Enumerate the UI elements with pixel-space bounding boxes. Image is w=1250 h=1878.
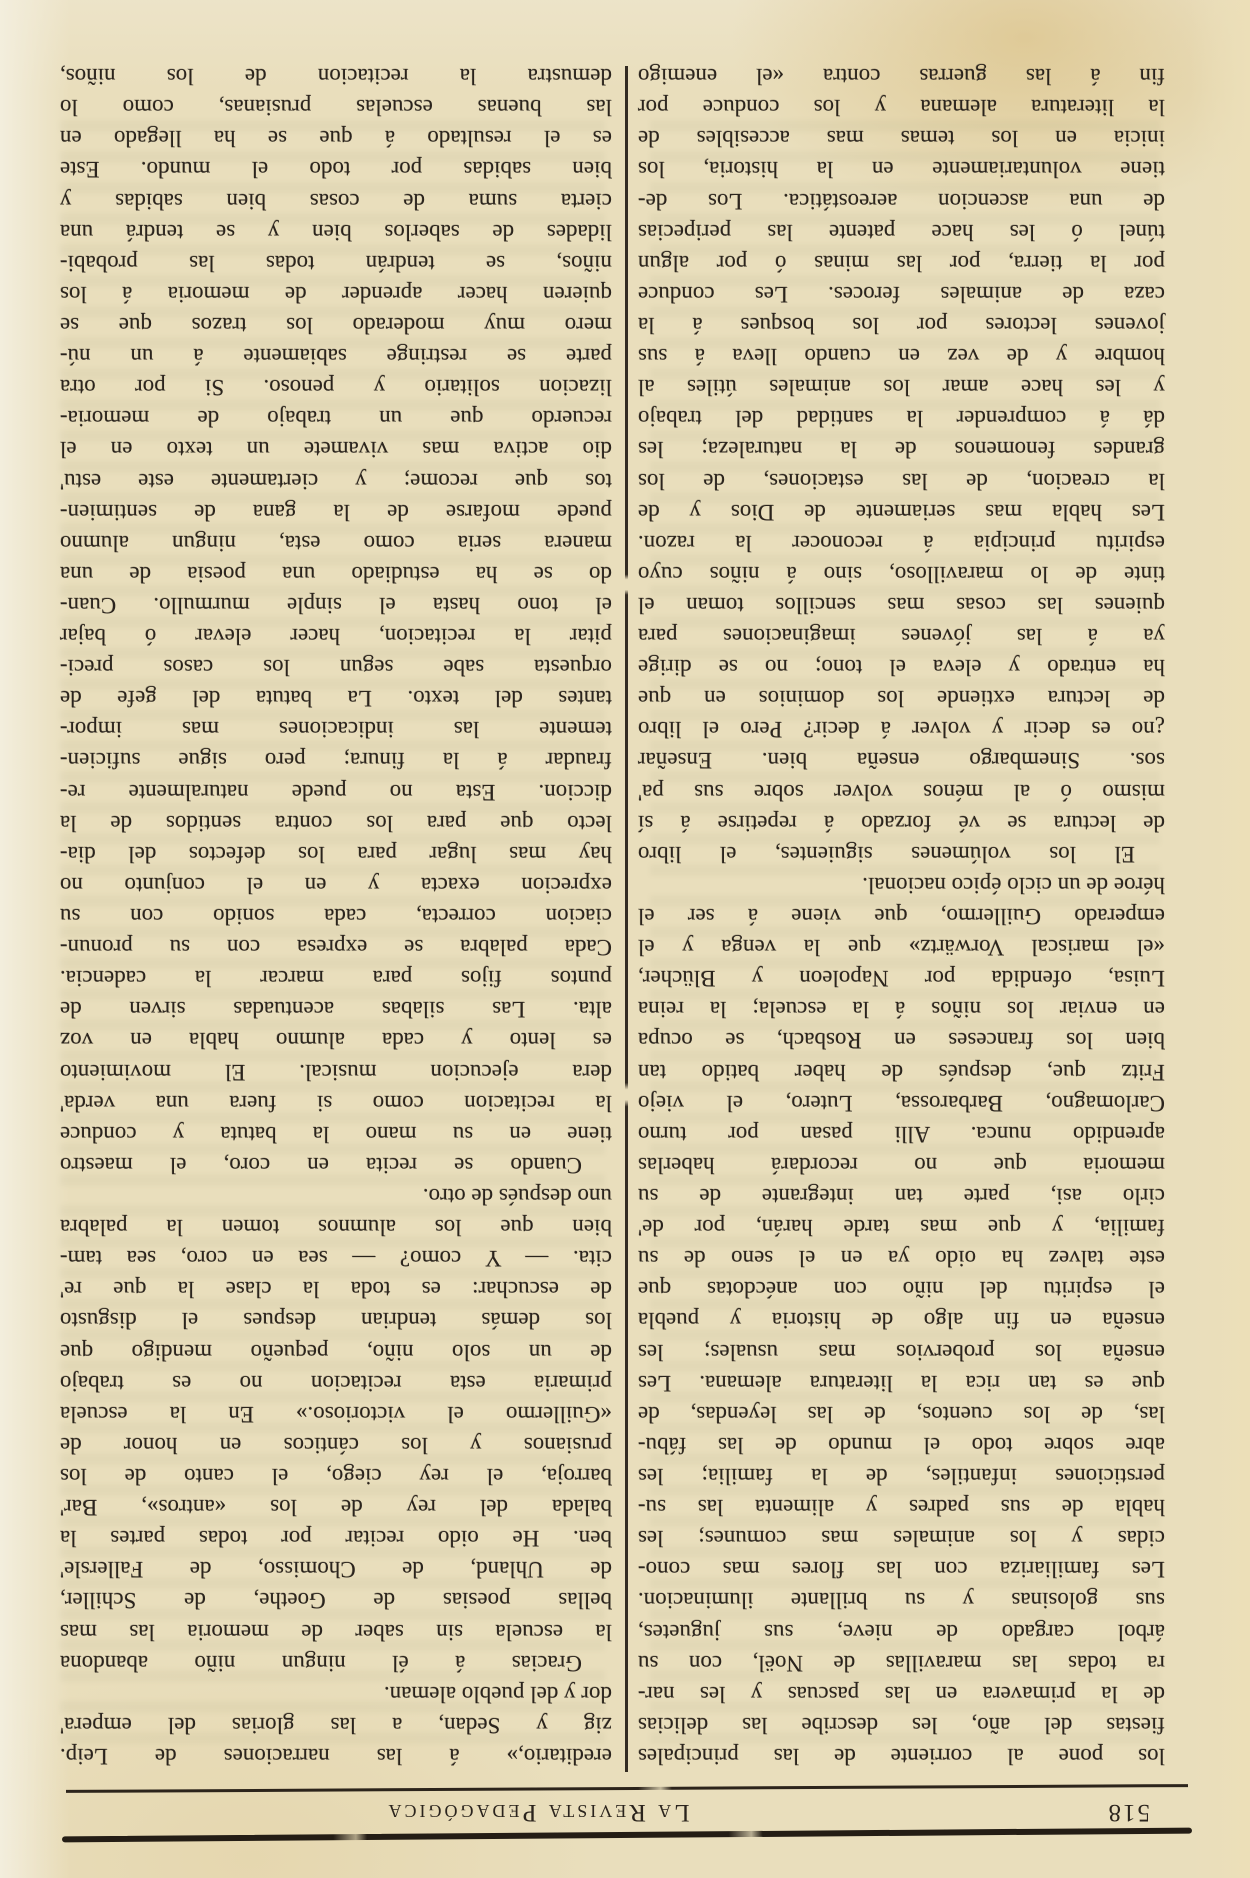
text-line: la recitacion como si fuera una verda' — [60, 1088, 612, 1119]
text-line: demustra la recitacion de los niños, — [60, 61, 612, 92]
text-line: túnel ó les hace patente las peripecias — [638, 217, 1165, 248]
text-line: la creacion, de las estaciones, de los — [638, 465, 1165, 496]
page-content-rotated: 518 La Revista Pedagógica los pone al co… — [0, 0, 1250, 1878]
text-line: hay mas lugar para los defectos del dia- — [60, 839, 612, 870]
text-line: primaria esta recitacion no es trabajo — [60, 1368, 612, 1399]
text-line: tiene voluntariamente en la historia, lo… — [638, 154, 1165, 185]
text-line: prusianos y los cánticos en honor de — [60, 1430, 612, 1461]
text-line: cidas y los animales mas comunes; les — [638, 1523, 1165, 1554]
text-line: cita. — Y como? — sea en coro, sea tam- — [60, 1243, 612, 1274]
text-line: ben. He oido recitar por todas partes la — [60, 1523, 612, 1554]
text-line: tiene en su mano la batuta y conduce — [60, 1119, 612, 1150]
text-line: fin á las guerras contra «el enemigo — [638, 61, 1165, 92]
text-line: jovenes lectores por los bosques á la — [638, 310, 1165, 341]
text-line: ciacion correcta, cada sonido con su — [60, 901, 612, 932]
text-line: que es tan rica la literatura alemana. L… — [638, 1368, 1165, 1399]
text-line: Fritz que, después de haber batido tan — [638, 1056, 1165, 1087]
text-line: balada del rey de los «antros», Bar' — [60, 1492, 612, 1523]
column-divider-rule — [626, 66, 629, 1772]
text-line: enseña los probervios mas usuales; les — [638, 1336, 1165, 1367]
text-line: do se ha estudiado una poesia de una — [60, 559, 612, 590]
text-line: fiestas del año, les describe las delici… — [638, 1710, 1165, 1741]
text-line: tantes del texto. La batuta del gefe de — [60, 683, 612, 714]
text-line: alta. Las silabas acentuadas sirven de — [60, 994, 612, 1025]
text-line: parte se restringe sabiamente á un nú- — [60, 341, 612, 372]
text-line: la literatura alemana y los conduce por — [638, 92, 1165, 123]
text-line: de la primavera en las pascuas y les nar… — [638, 1679, 1165, 1710]
text-line: de lectura extiende los dominios en que — [638, 683, 1165, 714]
text-line: ereditario,» á las narraciones de Leip. — [60, 1741, 612, 1772]
text-line: familia, y que mas tarde harán, por de' — [638, 1212, 1165, 1243]
text-line: diccion. Esta no puede naturalmente re- — [60, 777, 612, 808]
header-bottom-rule — [66, 1784, 1188, 1793]
text-line: héroe de un ciclo épico nacional. — [638, 870, 1165, 901]
text-line: bien que los alumnos tomen la palabra — [60, 1212, 612, 1243]
text-line: en enviar los niños á la escuela; la rei… — [638, 994, 1165, 1025]
text-line: recuerdo que un trabajo de memoria- — [60, 403, 612, 434]
page-header: 518 La Revista Pedagógica — [0, 1772, 1250, 1878]
text-line: sus golosinas y su brillante iluminacion… — [638, 1585, 1165, 1616]
text-line: puede mofarse de la gana de sentimien- — [60, 497, 612, 528]
text-line: la escuela sin saber de memoria las mas — [60, 1616, 612, 1647]
text-line: dor y del pueblo aleman. — [60, 1679, 612, 1710]
text-line: habla de sus padres y alimenta las su- — [638, 1492, 1165, 1523]
scanned-page: 518 La Revista Pedagógica los pone al co… — [0, 0, 1250, 1878]
text-line: «Guillermo el victorioso.» En la escuela — [60, 1399, 612, 1430]
text-line: las, de los cuentos, de las leyendas, de — [638, 1399, 1165, 1430]
text-line: los pone al corriente de las principales — [638, 1741, 1165, 1772]
text-line: mismo ó al ménos volver sobre sus pa' — [638, 777, 1165, 808]
text-line: bellas poesias de Goethe, de Schiller, — [60, 1585, 612, 1616]
header-top-rule — [62, 1828, 1192, 1843]
text-column-right: ereditario,» á las narraciones de Leip.z… — [60, 61, 612, 1772]
text-line: lidades de saberlos bien y se tendrá una — [60, 217, 612, 248]
text-line: Cada palabra se expresa con su pronun- — [60, 932, 612, 963]
text-line: las buenas escuelas prusianas, como lo — [60, 92, 612, 123]
text-line: de una ascencion aereostática. Los de- — [638, 185, 1165, 216]
text-line: temente las indicaciones mas impor- — [60, 714, 612, 745]
text-line: de escuchar: es toda la clase la que re' — [60, 1274, 612, 1305]
text-line: tos que recome; y ciertamente este estu' — [60, 465, 612, 496]
text-line: dera ejecucion musical. El movimiento — [60, 1056, 612, 1087]
page-number: 518 — [1107, 1798, 1151, 1826]
text-line: enseña en fin algo de historia y puebla — [638, 1305, 1165, 1336]
text-line: de un solo niño, pequeño mendigo que — [60, 1336, 612, 1367]
text-line: manera seria como esta, ningun alumno — [60, 528, 612, 559]
text-line: Les familiariza con las flores mas cono- — [638, 1554, 1165, 1585]
text-line: por la tierra, por las minas ó por algun — [638, 248, 1165, 279]
text-line: puntos fijos para marcar la cadencia. — [60, 963, 612, 994]
text-line: caza de animales feroces. Les conduce — [638, 279, 1165, 310]
text-line: dá á comprender la santidad del trabajo — [638, 403, 1165, 434]
text-line: cirlo asi, parte tan integrante de su — [638, 1181, 1165, 1212]
text-line: orquesta sabe segun los casos preci- — [60, 652, 612, 683]
text-line: el espiritu del niño con anécdotas que — [638, 1274, 1165, 1305]
text-line: lecto que para los contra sentidos de la — [60, 808, 612, 839]
text-line: Carlomagno, Barbarossa, Lutero, el viejo — [638, 1088, 1165, 1119]
text-line: «el mariscal Vorwärtz» que la venga y el — [638, 932, 1165, 963]
text-line: memoria que no recordará haberlas — [638, 1150, 1165, 1181]
text-line: ra todas las maravillas de Noël, con su — [638, 1648, 1165, 1679]
text-line: Luisa, ofendida por Napoleon y Blücher, — [638, 963, 1165, 994]
text-line: mero muy moderado los trazos que se — [60, 310, 612, 341]
text-line: este talvez ha oido ya en el seno de su — [638, 1243, 1165, 1274]
text-line: pitar la recitacion, hacer elevar ó baja… — [60, 621, 612, 652]
text-line: Gracias á él ningun niño abandona — [60, 1648, 612, 1679]
text-line: ha entrado y eleva el tono; no se dirige — [638, 652, 1165, 683]
text-line: Les habla mas seriamente de Dios y de — [638, 497, 1165, 528]
text-line: ¿no es decir y volver á decir? Pero el l… — [638, 714, 1165, 745]
text-line: barroja, el rey ciego, el canto de los — [60, 1461, 612, 1492]
text-line: el tono hasta el sinple murmullo. Cuan- — [60, 590, 612, 621]
text-line: dio activa mas vivamete un texto en el — [60, 434, 612, 465]
text-line: sos. Sinembargo enseña bien. Enseñar — [638, 745, 1165, 776]
text-line: quieren hacer aprender de memoria á los — [60, 279, 612, 310]
text-line: bien sabidas por todo el mundo. Este — [60, 154, 612, 185]
text-line: El los volúmenes siguientes, el libro — [638, 839, 1165, 870]
text-line: espiritu principia á reconocer la razon. — [638, 528, 1165, 559]
text-line: fraudar á la finura; pero sigue suficien… — [60, 745, 612, 776]
text-line: es lento y cada alumno habla en voz — [60, 1025, 612, 1056]
text-line: bien los franceses en Rosbach, se ocupa — [638, 1025, 1165, 1056]
text-line: aprendido nunca. Alli pasan por turno — [638, 1119, 1165, 1150]
text-line: de lectura se vé forzado á repetirse á s… — [638, 808, 1165, 839]
text-line: exprecion exacta y en el conjunto no — [60, 870, 612, 901]
text-line: ya á las jóvenes imaginaciones para — [638, 621, 1165, 652]
text-line: los demás tendrian despues el disgusto — [60, 1305, 612, 1336]
text-line: lizacion solitario y penoso. Si por otra — [60, 372, 612, 403]
journal-title: La Revista Pedagógica — [386, 1798, 690, 1826]
text-line: persticiones infantiles, de la familia; … — [638, 1461, 1165, 1492]
text-line: es el resultado á que se ha llegado en — [60, 123, 612, 154]
text-line: niños, se tendrán todas las probabi- — [60, 248, 612, 279]
text-column-left: los pone al corriente de las principales… — [638, 61, 1165, 1772]
text-line: grandes fenomenos de la naturaleza; les — [638, 434, 1165, 465]
text-line: y les hace amar los animales útiles al — [638, 372, 1165, 403]
text-line: tinte de lo maravilloso, sino á niños cu… — [638, 559, 1165, 590]
text-line: de Uhland, de Chomisso, de Fallersle' — [60, 1554, 612, 1585]
text-line: abre sobre todo el mundo de las fábu- — [638, 1430, 1165, 1461]
text-line: uno después de otro. — [60, 1181, 612, 1212]
text-line: hombre y de vez en cuando lleva á sus — [638, 341, 1165, 372]
text-line: Cuando se recita en coro, el maestro — [60, 1150, 612, 1181]
text-line: quienes las cosas mas sencillos toman el — [638, 590, 1165, 621]
text-line: inicia en los temas mas accesibles de — [638, 123, 1165, 154]
text-line: zig y Sedan, a las glorias del empera' — [60, 1710, 612, 1741]
text-line: árbol cargado de nieve, sus juguetes, — [638, 1616, 1165, 1647]
text-line: emperado Guillermo, que viene á ser el — [638, 901, 1165, 932]
text-line: cierta suma de cosas bien sabidas y — [60, 185, 612, 216]
